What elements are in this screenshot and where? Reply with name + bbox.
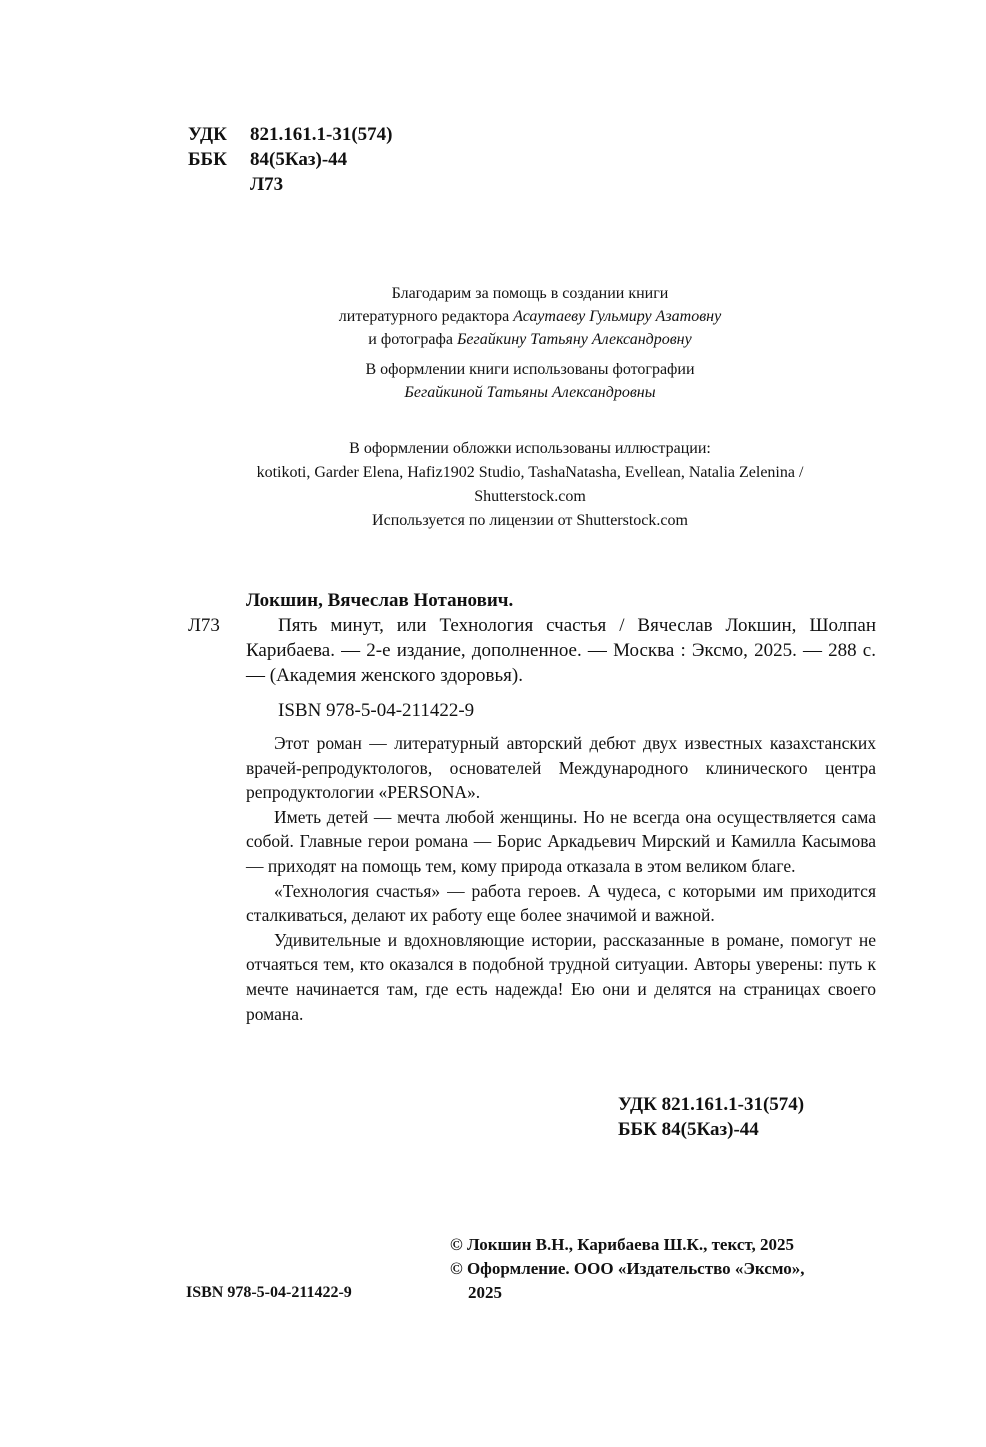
annotation: Этот роман — литературный авторский дебю…: [246, 731, 876, 1026]
thanks-line-3: и фотографа Бегайкину Татьяну Александро…: [200, 328, 860, 351]
record-body: Л73 Пять минут, или Технология счастья /…: [246, 613, 876, 688]
bbk-row: ББК 84(5Каз)-44: [188, 147, 392, 172]
annotation-paragraph: Удивительные и вдохновляющие истории, ра…: [246, 928, 876, 1026]
udk-label: УДК: [188, 122, 250, 147]
thanks-line-3-prefix: и фотографа: [368, 331, 457, 348]
udk-value: 821.161.1-31(574): [250, 122, 392, 147]
photographer-name: Бегайкину Татьяну Александровну: [457, 331, 692, 348]
photos-line-1: В оформлении книги использованы фотограф…: [200, 358, 860, 381]
copyright-design-year: 2025: [450, 1281, 804, 1305]
thanks-line-1: Благодарим за помощь в создании книги: [200, 282, 860, 305]
copyright-block: © Локшин В.Н., Карибаева Ш.К., текст, 20…: [450, 1233, 804, 1305]
annotation-paragraph: Иметь детей — мечта любой женщины. Но не…: [246, 805, 876, 879]
acknowledgements: Благодарим за помощь в создании книги ли…: [200, 282, 860, 351]
editor-name: Асаутаеву Гульмиру Азатовну: [513, 308, 721, 325]
photos-line-2: Бегайкиной Татьяны Александровны: [200, 381, 860, 404]
thanks-line-2: литературного редактора Асаутаеву Гульми…: [200, 305, 860, 328]
photo-credits: В оформлении книги использованы фотограф…: [200, 358, 860, 404]
record-text: Пять минут, или Технология счастья / Вяч…: [246, 615, 876, 686]
bbk-label: ББК: [188, 147, 250, 172]
author-mark: Л73: [188, 613, 220, 638]
bibliographic-record: Локшин, Вячеслав Нотанович. Л73 Пять мин…: [188, 588, 876, 723]
cover-line-3: Shutterstock.com: [200, 485, 860, 509]
cover-credits: В оформлении обложки использованы иллюст…: [200, 437, 860, 533]
isbn-bottom: ISBN 978-5-04-211422-9: [186, 1281, 352, 1305]
classification-block-top: УДК 821.161.1-31(574) ББК 84(5Каз)-44 Л7…: [188, 122, 392, 197]
annotation-paragraph: Этот роман — литературный авторский дебю…: [246, 731, 876, 805]
copyright-design: © Оформление. ООО «Издательство «Эксмо»,: [450, 1257, 804, 1281]
author-heading: Локшин, Вячеслав Нотанович.: [246, 588, 876, 613]
author-mark-value: Л73: [250, 172, 283, 197]
cover-line-1: В оформлении обложки использованы иллюст…: [200, 437, 860, 461]
annotation-paragraph: «Технология счастья» — работа героев. А …: [246, 879, 876, 928]
cover-line-2: kotikoti, Garder Elena, Hafiz1902 Studio…: [200, 461, 860, 485]
udk-row: УДК 821.161.1-31(574): [188, 122, 392, 147]
cover-line-4: Используется по лицензии от Shutterstock…: [200, 509, 860, 533]
bbk-value: 84(5Каз)-44: [250, 147, 347, 172]
udk-bottom: УДК 821.161.1-31(574): [618, 1092, 804, 1117]
classification-block-bottom: УДК 821.161.1-31(574) ББК 84(5Каз)-44: [618, 1092, 804, 1142]
author-mark-label: [188, 172, 250, 197]
bbk-bottom: ББК 84(5Каз)-44: [618, 1117, 804, 1142]
copyright-text: © Локшин В.Н., Карибаева Ш.К., текст, 20…: [450, 1233, 804, 1257]
author-mark-row: Л73: [188, 172, 392, 197]
thanks-line-2-prefix: литературного редактора: [339, 308, 513, 325]
record-isbn: ISBN 978-5-04-211422-9: [278, 698, 876, 723]
